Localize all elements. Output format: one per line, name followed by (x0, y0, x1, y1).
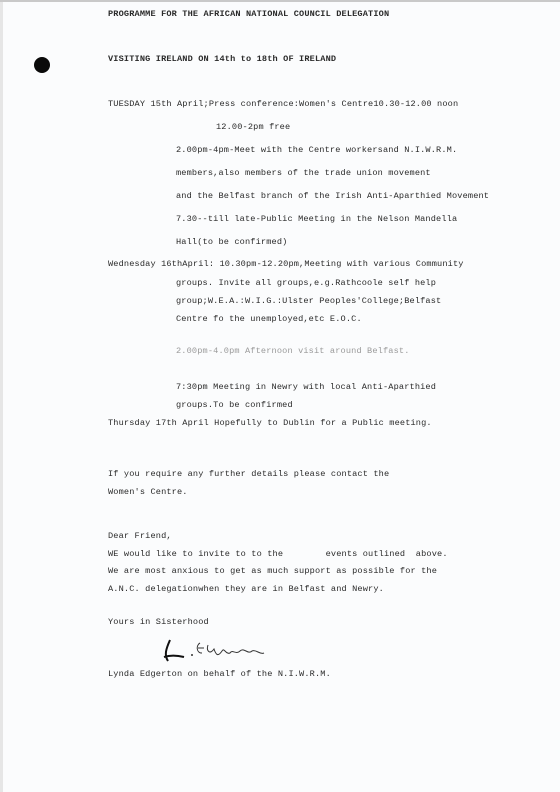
schedule-line: TUESDAY 15th April;Press conference:Wome… (108, 99, 458, 110)
letter-line: A.N.C. delegationwhen they are in Belfas… (108, 584, 384, 595)
letter-salutation: Dear Friend, (108, 531, 172, 542)
document-subtitle: VISITING IRELAND ON 14th to 18th OF IREL… (108, 54, 336, 65)
schedule-line: members,also members of the trade union … (176, 168, 431, 179)
schedule-line: Thursday 17th April Hopefully to Dublin … (108, 418, 432, 429)
schedule-line: 7:30pm Meeting in Newry with local Anti-… (176, 382, 436, 393)
schedule-line: 2.00pm-4.0pm Afternoon visit around Belf… (176, 346, 410, 357)
document-title: PROGRAMME FOR THE AFRICAN NATIONAL COUNC… (108, 9, 389, 20)
schedule-line: Wednesday 16thApril: 10.30pm-12.20pm,Mee… (108, 259, 464, 270)
closing: Yours in Sisterhood (108, 617, 209, 628)
schedule-line: group;W.E.A.:W.I.G.:Ulster Peoples'Colle… (176, 296, 441, 307)
contact-line: If you require any further details pleas… (108, 469, 389, 480)
schedule-line: groups.To be confirmed (176, 400, 293, 411)
schedule-line: 2.00pm-4pm-Meet with the Centre workersa… (176, 145, 457, 156)
contact-line: Women's Centre. (108, 487, 188, 498)
signoff: Lynda Edgerton on behalf of the N.I.W.R.… (108, 669, 331, 680)
letter-line: WE would like to invite to to the events… (108, 549, 448, 560)
schedule-line: Centre fo the unemployed,etc E.O.C. (176, 314, 362, 325)
schedule-line: and the Belfast branch of the Irish Anti… (176, 191, 489, 202)
schedule-line: groups. Invite all groups,e.g.Rathcoole … (176, 278, 436, 289)
schedule-line: 12.00-2pm free (216, 122, 290, 133)
punch-hole-icon (34, 57, 50, 73)
document-page: PROGRAMME FOR THE AFRICAN NATIONAL COUNC… (0, 0, 560, 792)
schedule-line: Hall(to be confirmed) (176, 237, 287, 248)
schedule-line: 7.30--till late-Public Meeting in the Ne… (176, 214, 457, 225)
handwritten-signature (160, 635, 280, 665)
letter-line: We are most anxious to get as much suppo… (108, 566, 437, 577)
page-edge (0, 2, 3, 792)
